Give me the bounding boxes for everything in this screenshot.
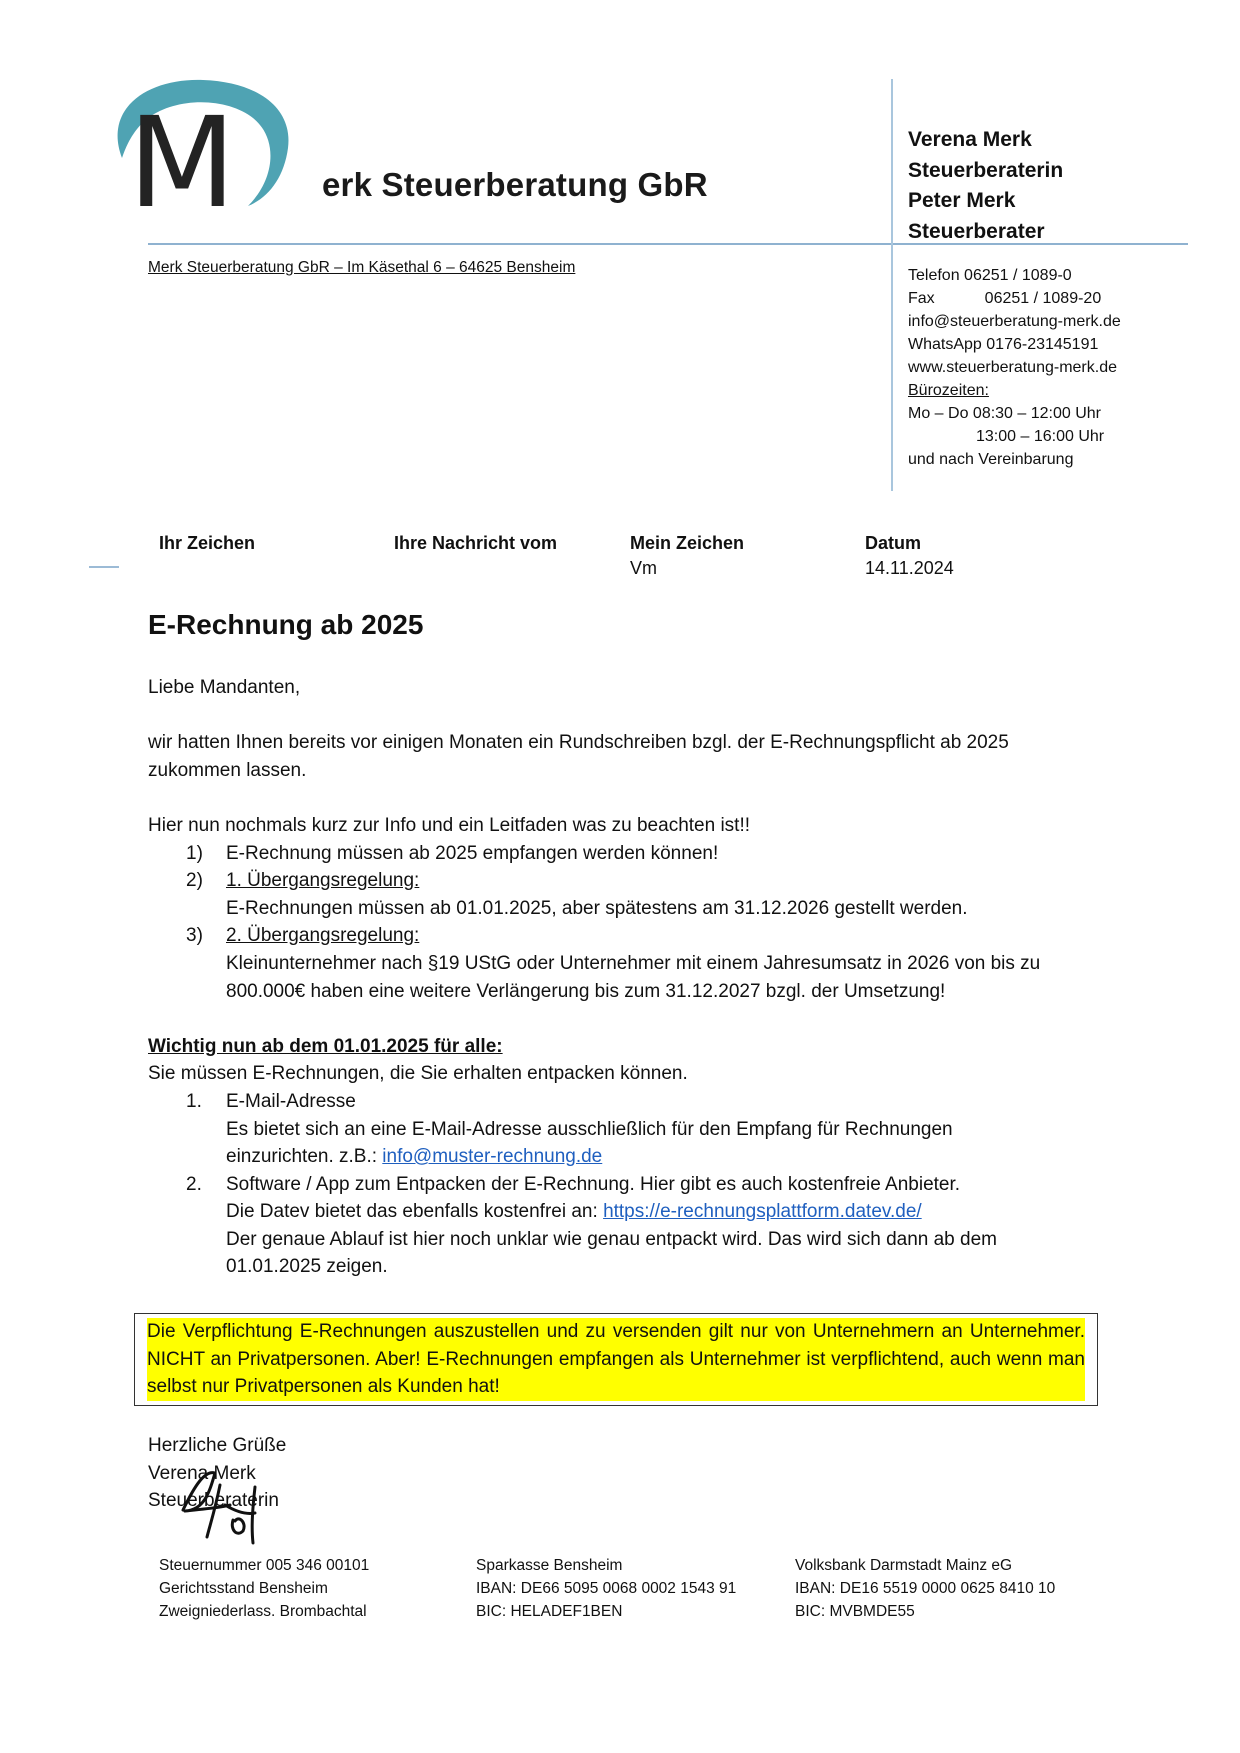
signature-icon — [175, 1465, 295, 1545]
footer-bank-sparkasse: Sparkasse Bensheim IBAN: DE66 5095 0068 … — [476, 1554, 736, 1623]
contact-whatsapp: WhatsApp 0176-23145191 — [908, 333, 1121, 356]
notice-box: Die Verpflichtung E-Rechnungen auszustel… — [134, 1313, 1098, 1406]
firm-name: erk Steuerberatung GbR — [322, 166, 708, 204]
notice-text: Die Verpflichtung E-Rechnungen auszustel… — [147, 1318, 1085, 1401]
intro-paragraph: wir hatten Ihnen bereits vor einigen Mon… — [148, 729, 1068, 784]
step-1: 1. E-Mail-Adresse Es bietet sich an eine… — [148, 1088, 1088, 1171]
point-3: 3) 2. Übergangsregelung: Kleinunternehme… — [148, 922, 1088, 1005]
point-2-heading: 1. Übergangsregelung: — [226, 867, 1088, 895]
contact-block: Telefon 06251 / 1089-0 Fax06251 / 1089-2… — [908, 264, 1121, 471]
contact-phone: Telefon 06251 / 1089-0 — [908, 264, 1121, 287]
step-2-title: Software / App zum Entpacken der E-Rechn… — [226, 1171, 1096, 1199]
partner-name: Verena Merk — [908, 125, 1063, 156]
datev-platform-link[interactable]: https://e-rechnungsplattform.datev.de/ — [603, 1201, 922, 1222]
step-1-text: Es bietet sich an eine E-Mail-Adresse au… — [226, 1116, 1026, 1171]
partner-title: Steuerberaterin — [908, 156, 1063, 187]
partner-name: Peter Merk — [908, 186, 1063, 217]
vertical-divider — [891, 79, 893, 491]
office-hours-2: 13:00 – 16:00 Uhr — [908, 425, 1121, 448]
contact-email[interactable]: info@steuerberatung-merk.de — [908, 310, 1121, 333]
point-3-heading: 2. Übergangsregelung: — [226, 922, 1096, 950]
point-3-text: Kleinunternehmer nach §19 UStG oder Unte… — [226, 950, 1096, 1005]
ref-mein-zeichen: Mein Zeichen Vm — [630, 531, 744, 581]
fold-mark — [89, 566, 119, 568]
step-2-after: Der genaue Ablauf ist hier noch unklar w… — [226, 1226, 1096, 1281]
footer-tax-info: Steuernummer 005 346 00101 Gerichtsstand… — [159, 1554, 369, 1623]
salutation: Liebe Mandanten, — [148, 674, 1088, 702]
office-hours-1: Mo – Do 08:30 – 12:00 Uhr — [908, 402, 1121, 425]
step-2-text: Die Datev bietet das ebenfalls kostenfre… — [226, 1198, 1096, 1226]
letter-body: Liebe Mandanten, wir hatten Ihnen bereit… — [148, 674, 1088, 1281]
firm-logo: M — [108, 78, 308, 208]
logo-letter: M — [128, 91, 236, 208]
contact-website[interactable]: www.steuerberatung-merk.de — [908, 356, 1121, 379]
office-hours-3: und nach Vereinbarung — [908, 448, 1121, 471]
letter-title: E-Rechnung ab 2025 — [148, 609, 423, 641]
sender-address-line: Merk Steuerberatung GbR – Im Käsethal 6 … — [148, 259, 575, 277]
example-email-link[interactable]: info@muster-rechnung.de — [382, 1146, 602, 1167]
footer-bank-volksbank: Volksbank Darmstadt Mainz eG IBAN: DE16 … — [795, 1554, 1055, 1623]
closing-greeting: Herzliche Grüße — [148, 1432, 286, 1460]
important-heading: Wichtig nun ab dem 01.01.2025 für alle: — [148, 1033, 1088, 1061]
step-1-title: E-Mail-Adresse — [226, 1088, 1088, 1116]
point-1: 1) E-Rechnung müssen ab 2025 empfangen w… — [148, 840, 1088, 868]
point-2: 2) 1. Übergangsregelung: E-Rechnungen mü… — [148, 867, 1088, 922]
ref-ihre-nachricht: Ihre Nachricht vom — [394, 531, 557, 556]
ref-datum: Datum 14.11.2024 — [865, 531, 954, 581]
point-2-text: E-Rechnungen müssen ab 01.01.2025, aber … — [226, 895, 1088, 923]
partners-block: Verena Merk Steuerberaterin Peter Merk S… — [908, 125, 1063, 247]
step-2: 2. Software / App zum Entpacken der E-Re… — [148, 1171, 1088, 1281]
partner-title: Steuerberater — [908, 217, 1063, 248]
guide-intro: Hier nun nochmals kurz zur Info und ein … — [148, 812, 1088, 840]
ref-ihr-zeichen: Ihr Zeichen — [159, 531, 255, 556]
contact-fax: Fax06251 / 1089-20 — [908, 287, 1121, 310]
important-intro: Sie müssen E-Rechnungen, die Sie erhalte… — [148, 1060, 1088, 1088]
office-hours-label: Bürozeiten: — [908, 379, 1121, 402]
